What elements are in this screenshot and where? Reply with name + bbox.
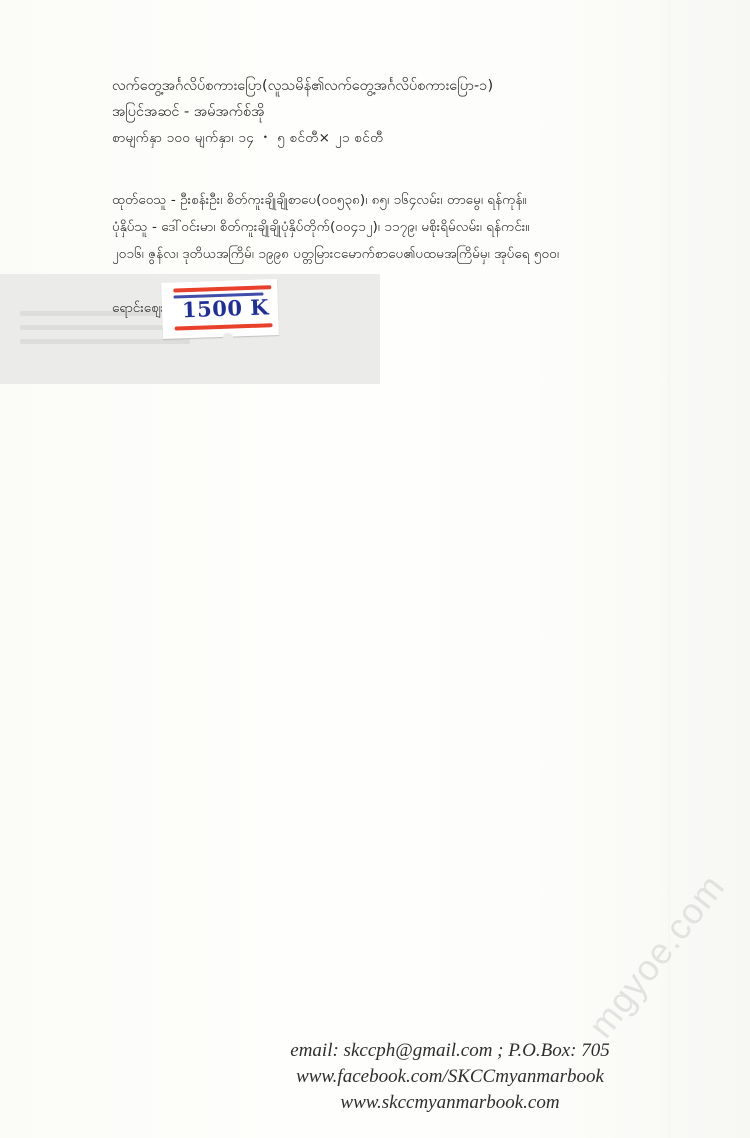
book-title: လက်တွေ့အင်္ဂလိပ်စကားပြော(လူသမိန်၏လက်တွေ့… <box>112 73 672 99</box>
price-sticker: 1500 K <box>161 279 279 339</box>
printing-info: ထုတ်ဝေသူ - ဦးစန်းဦး၊ စိတ်ကူးချိုချိုစာပေ… <box>112 187 672 268</box>
sticker-stripe-bottom <box>175 323 273 330</box>
facebook-link[interactable]: www.facebook.com/SKCCmyanmarbook <box>230 1064 670 1090</box>
contact-info: email: skccph@gmail.com ; P.O.Box: 705 w… <box>190 1038 670 1116</box>
email-line: email: skccph@gmail.com ; P.O.Box: 705 <box>230 1038 670 1064</box>
publisher-line: ထုတ်ဝေသူ - ဦးစန်းဦး၊ စိတ်ကူးချိုချိုစာပေ… <box>112 187 672 214</box>
book-info: လက်တွေ့အင်္ဂလိပ်စကားပြော(လူသမိန်၏လက်တွေ့… <box>112 73 672 151</box>
cover-design-credit: အပြင်အဆင် - အမ်အက်စ်အို <box>112 99 672 125</box>
sticker-notch <box>223 333 233 341</box>
price-value: 1500 K <box>182 294 270 322</box>
price-row: ရောင်းဈေး 1500 K <box>112 299 164 319</box>
website-link[interactable]: www.skccmyanmarbook.com <box>230 1090 670 1116</box>
printer-line: ပုံနှိပ်သူ - ဒေါ်ဝင်းမာ၊ စိတ်ကူးချိုချို… <box>112 214 672 241</box>
sticker-stripe-top <box>173 285 271 292</box>
edition-line: ၂၀၁၆၊ ဇွန်လ၊ ဒုတိယအကြိမ်၊ ၁၉၉၈ ပတ္တမြားင… <box>112 241 672 268</box>
price-label: ရောင်းဈေး <box>112 299 164 319</box>
page-dimensions: စာမျက်နှာ ၁၀၀ မျက်နှာ၊ ၁၄ ・ ၅ စင်တီ× ၂၁ … <box>112 125 672 151</box>
